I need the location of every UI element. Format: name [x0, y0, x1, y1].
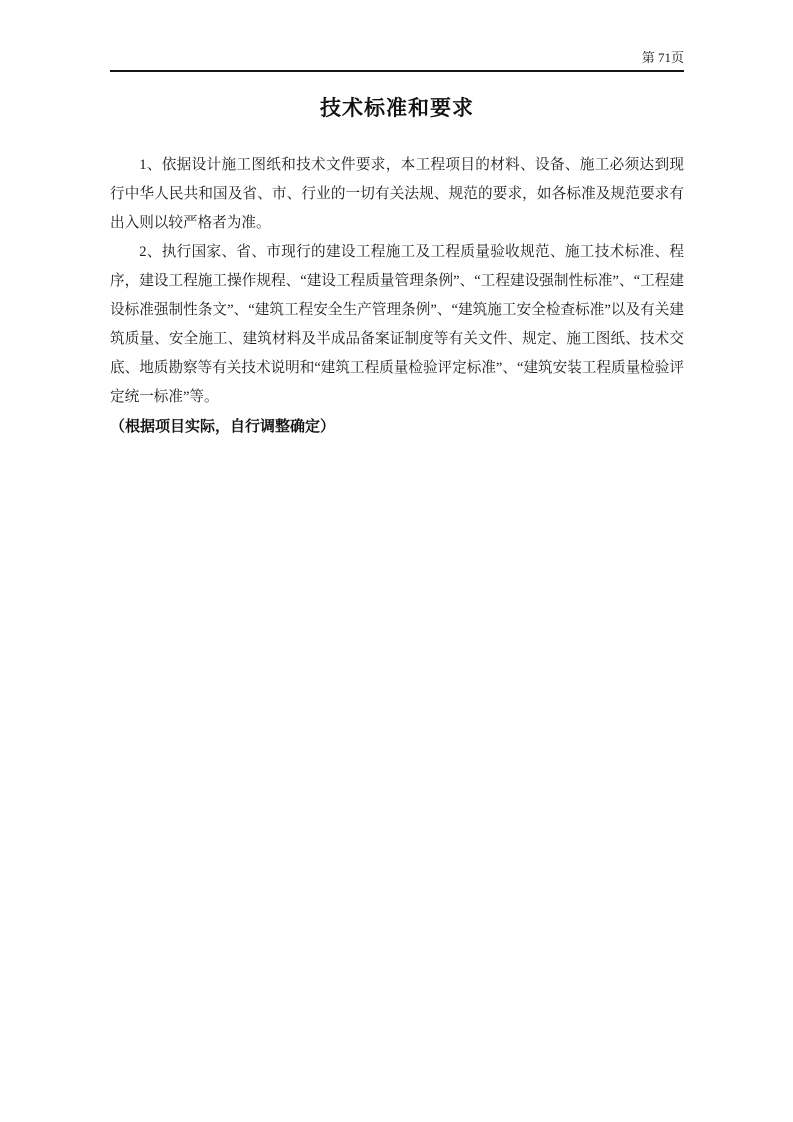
- page-number: 第 71页: [642, 50, 684, 65]
- paragraph-1: 1、依据设计施工图纸和技术文件要求，本工程项目的材料、设备、施工必须达到现行中华…: [110, 151, 684, 238]
- document-page: 第 71页 技术标准和要求 1、依据设计施工图纸和技术文件要求，本工程项目的材料…: [0, 0, 793, 1122]
- paragraph-2: 2、执行国家、省、市现行的建设工程施工及工程质量验收规范、施工技术标准、程序，建…: [110, 238, 684, 412]
- document-body: 1、依据设计施工图纸和技术文件要求，本工程项目的材料、设备、施工必须达到现行中华…: [110, 151, 684, 441]
- document-title: 技术标准和要求: [110, 94, 684, 124]
- header-rule: [110, 70, 684, 72]
- adjustment-note: （根据项目实际，自行调整确定）: [110, 412, 684, 441]
- page-header: 第 71页: [110, 48, 684, 67]
